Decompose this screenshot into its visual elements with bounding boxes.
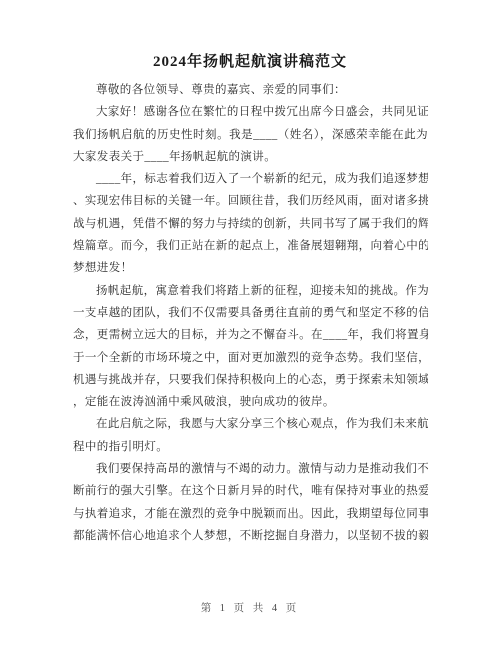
text-line: 在此启航之际，我愿与大家分享三个核心观点，作为我们未来航 bbox=[73, 413, 428, 435]
text-line: ，定能在波涛汹涌中乘风破浪，驶向成功的彼岸。 bbox=[73, 391, 428, 413]
text-line: 大家好！感谢各位在繁忙的日程中拨冗出席今日盛会，共同见证 bbox=[73, 101, 428, 123]
document-title: 2024年扬帆起航演讲稿范文 bbox=[0, 0, 500, 73]
text-line: 念，更需树立远大的目标，并为之不懈奋斗。在____年，我们将置身 bbox=[73, 324, 428, 346]
paragraph: 在此启航之际，我愿与大家分享三个核心观点，作为我们未来航程中的指引明灯。 bbox=[73, 413, 428, 458]
text-line: 战与机遇，凭借不懈的努力与持续的创新，共同书写了属于我们的辉 bbox=[73, 213, 428, 235]
page-indicator: 第 1 页 共 4 页 bbox=[201, 603, 300, 614]
paragraph: ____年，标志着我们迈入了一个崭新的纪元，成为我们追逐梦想、实现宏伟目标的关键… bbox=[73, 168, 428, 279]
text-line: ____年，标志着我们迈入了一个崭新的纪元，成为我们追逐梦想 bbox=[73, 168, 428, 190]
text-line: 煌篇章。而今，我们正站在新的起点上，准备展翅翱翔，向着心中的 bbox=[73, 235, 428, 257]
text-line: 都能满怀信心地追求个人梦想，不断挖掘自身潜力，以坚韧不拔的毅 bbox=[73, 525, 428, 547]
text-line: 与执着追求，才能在激烈的竞争中脱颖而出。因此，我期望每位同事 bbox=[73, 503, 428, 525]
document-page: 2024年扬帆起航演讲稿范文 尊敬的各位领导、尊贵的嘉宾、亲爱的同事们：大家好！… bbox=[0, 0, 500, 647]
text-line: 一支卓越的团队，我们不仅需要具备勇往直前的勇气和坚定不移的信 bbox=[73, 302, 428, 324]
text-line: 断前行的强大引擎。在这个日新月异的时代，唯有保持对事业的热爱 bbox=[73, 480, 428, 502]
text-line: 我们扬帆启航的历史性时刻。我是____（姓名），深感荣幸能在此为 bbox=[73, 124, 428, 146]
page-number-footer: 第 1 页 共 4 页 bbox=[0, 600, 500, 615]
text-line: 机遇与挑战并存，只要我们保持积极向上的心态，勇于探索未知领域 bbox=[73, 369, 428, 391]
text-line: 尊敬的各位领导、尊贵的嘉宾、亲爱的同事们： bbox=[73, 79, 428, 101]
text-line: 大家发表关于____年扬帆起航的演讲。 bbox=[73, 146, 428, 168]
paragraph: 扬帆起航，寓意着我们将踏上新的征程，迎接未知的挑战。作为一支卓越的团队，我们不仅… bbox=[73, 280, 428, 414]
paragraph: 我们要保持高昂的激情与不竭的动力。激情与动力是推动我们不断前行的强大引擎。在这个… bbox=[73, 458, 428, 547]
text-line: 程中的指引明灯。 bbox=[73, 436, 428, 458]
document-body: 尊敬的各位领导、尊贵的嘉宾、亲爱的同事们：大家好！感谢各位在繁忙的日程中拨冗出席… bbox=[0, 79, 500, 547]
text-line: 于一个全新的市场环境之中，面对更加激烈的竞争态势。我们坚信， bbox=[73, 347, 428, 369]
text-line: 、实现宏伟目标的关键一年。回顾往昔，我们历经风雨，面对诸多挑 bbox=[73, 190, 428, 212]
text-line: 扬帆起航，寓意着我们将踏上新的征程，迎接未知的挑战。作为 bbox=[73, 280, 428, 302]
text-line: 梦想进发！ bbox=[73, 257, 428, 279]
paragraph: 尊敬的各位领导、尊贵的嘉宾、亲爱的同事们： bbox=[73, 79, 428, 101]
text-line: 我们要保持高昂的激情与不竭的动力。激情与动力是推动我们不 bbox=[73, 458, 428, 480]
paragraph: 大家好！感谢各位在繁忙的日程中拨冗出席今日盛会，共同见证我们扬帆启航的历史性时刻… bbox=[73, 101, 428, 168]
